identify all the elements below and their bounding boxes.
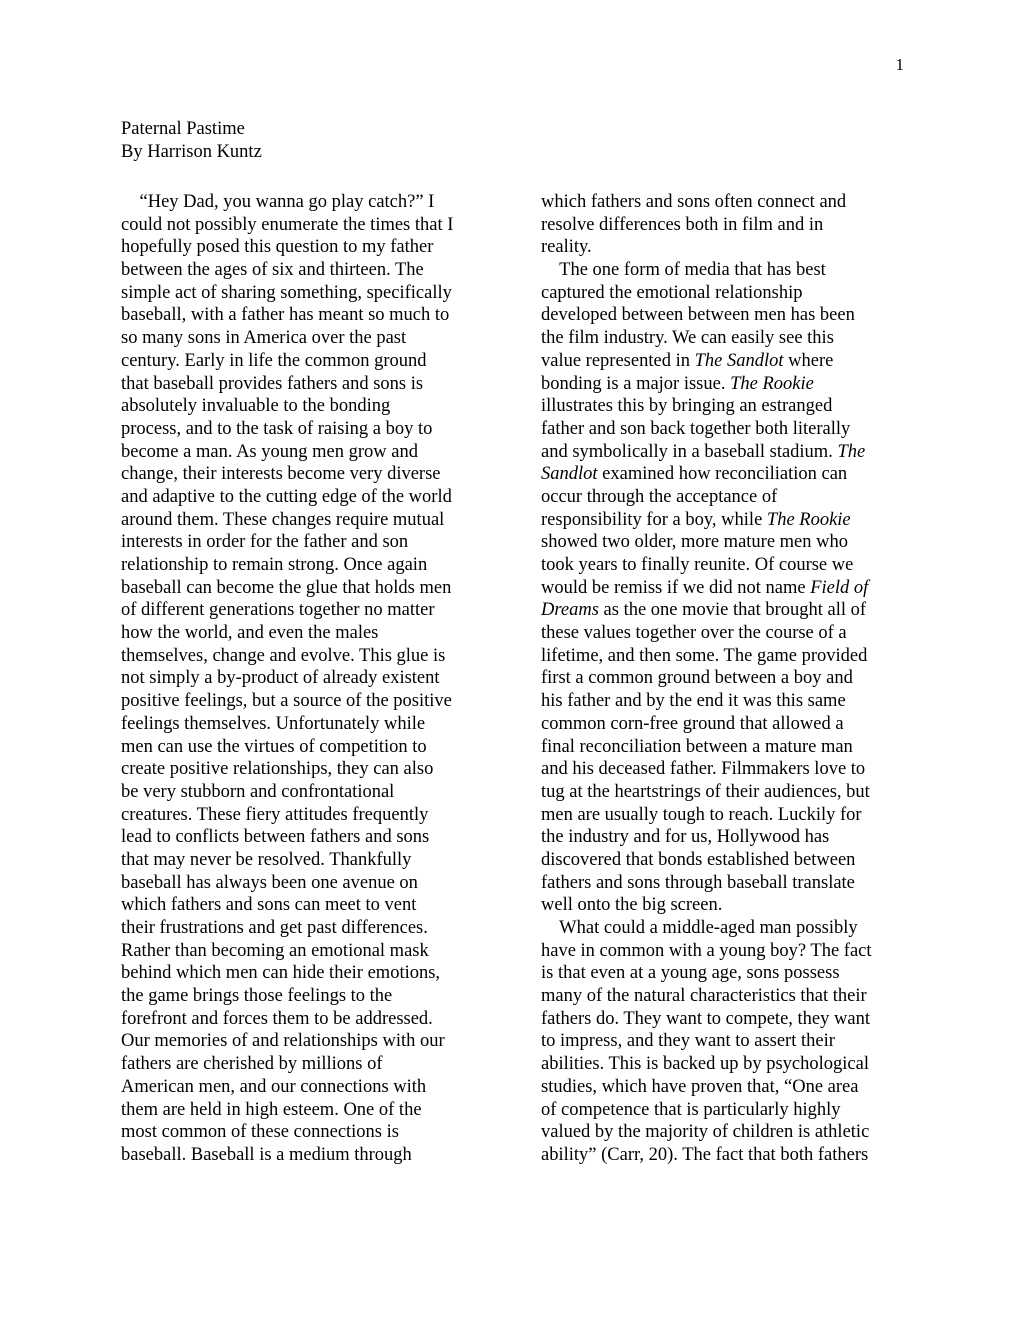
text-line: The one form of media that has best	[541, 259, 940, 282]
text-line: ability” (Carr, 20). The fact that both …	[541, 1144, 940, 1167]
text-line: that baseball provides fathers and sons …	[121, 373, 520, 396]
text-line: studies, which have proven that, “One ar…	[541, 1076, 940, 1099]
text-line: have in common with a young boy? The fac…	[541, 940, 940, 963]
text-line: of competence that is particularly highl…	[541, 1099, 940, 1122]
text-line: Dreams as the one movie that brought all…	[541, 599, 940, 622]
text-line: “Hey Dad, you wanna go play catch?” I	[121, 191, 520, 214]
text-line: forefront and forces them to be addresse…	[121, 1008, 520, 1031]
text-line: resolve differences both in film and in	[541, 214, 940, 237]
text-line: interests in order for the father and so…	[121, 531, 520, 554]
text-line: reality.	[541, 236, 940, 259]
text-line: absolutely invaluable to the bonding	[121, 395, 520, 418]
text-line: of different generations together no mat…	[121, 599, 520, 622]
text-line: create positive relationships, they can …	[121, 758, 520, 781]
text-line: relationship to remain strong. Once agai…	[121, 554, 520, 577]
text-line: value represented in The Sandlot where	[541, 350, 940, 373]
text-line: fathers are cherished by millions of	[121, 1053, 520, 1076]
text-line: baseball, with a father has meant so muc…	[121, 304, 520, 327]
text-line: which fathers and sons can meet to vent	[121, 894, 520, 917]
text-line: baseball can become the glue that holds …	[121, 577, 520, 600]
text-line: tug at the heartstrings of their audienc…	[541, 781, 940, 804]
text-line: and adaptive to the cutting edge of the …	[121, 486, 520, 509]
text-line: feelings themselves. Unfortunately while	[121, 713, 520, 736]
column-left: “Hey Dad, you wanna go play catch?” Icou…	[121, 191, 520, 1167]
text-line: Our memories of and relationships with o…	[121, 1030, 520, 1053]
text-line: baseball has always been one avenue on	[121, 872, 520, 895]
text-line: bonding is a major issue. The Rookie	[541, 373, 940, 396]
page: 1 Paternal Pastime By Harrison Kuntz “He…	[0, 0, 1020, 1320]
text-line: showed two older, more mature men who	[541, 531, 940, 554]
text-line: took years to finally reunite. Of course…	[541, 554, 940, 577]
text-line: behind which men can hide their emotions…	[121, 962, 520, 985]
text-line: between the ages of six and thirteen. Th…	[121, 259, 520, 282]
text-line: the industry and for us, Hollywood has	[541, 826, 940, 849]
text-line: would be remiss if we did not name Field…	[541, 577, 940, 600]
page-number: 1	[896, 55, 905, 75]
text-line: not simply a by-product of already exist…	[121, 667, 520, 690]
text-line: men can use the virtues of competition t…	[121, 736, 520, 759]
text-line: American men, and our connections with	[121, 1076, 520, 1099]
text-line: abilities. This is backed up by psycholo…	[541, 1053, 940, 1076]
byline: By Harrison Kuntz	[121, 141, 262, 164]
text-line: which fathers and sons often connect and	[541, 191, 940, 214]
text-line: them are held in high esteem. One of the	[121, 1099, 520, 1122]
text-line: and symbolically in a baseball stadium. …	[541, 441, 940, 464]
text-line: fathers do. They want to compete, they w…	[541, 1008, 940, 1031]
text-line: Sandlot examined how reconciliation can	[541, 463, 940, 486]
text-line: hopefully posed this question to my fath…	[121, 236, 520, 259]
text-line: the film industry. We can easily see thi…	[541, 327, 940, 350]
page-title: Paternal Pastime	[121, 118, 262, 141]
text-line: developed between between men has been	[541, 304, 940, 327]
text-line: Rather than becoming an emotional mask	[121, 940, 520, 963]
text-line: simple act of sharing something, specifi…	[121, 282, 520, 305]
text-line: could not possibly enumerate the times t…	[121, 214, 520, 237]
text-line: many of the natural characteristics that…	[541, 985, 940, 1008]
text-line: baseball. Baseball is a medium through	[121, 1144, 520, 1167]
text-line: creatures. These fiery attitudes frequen…	[121, 804, 520, 827]
text-line: around them. These changes require mutua…	[121, 509, 520, 532]
text-line: lifetime, and then some. The game provid…	[541, 645, 940, 668]
text-line: discovered that bonds established betwee…	[541, 849, 940, 872]
text-line: how the world, and even the males	[121, 622, 520, 645]
text-line: century. Early in life the common ground	[121, 350, 520, 373]
text-line: What could a middle-aged man possibly	[541, 917, 940, 940]
text-line: lead to conflicts between fathers and so…	[121, 826, 520, 849]
text-line: change, their interests become very dive…	[121, 463, 520, 486]
text-line: the game brings those feelings to the	[121, 985, 520, 1008]
article-body: “Hey Dad, you wanna go play catch?” Icou…	[121, 191, 940, 1167]
text-line: most common of these connections is	[121, 1121, 520, 1144]
text-line: fathers and sons through baseball transl…	[541, 872, 940, 895]
text-line: become a man. As young men grow and	[121, 441, 520, 464]
text-line: and his deceased father. Filmmakers love…	[541, 758, 940, 781]
text-line: so many sons in America over the past	[121, 327, 520, 350]
text-line: their frustrations and get past differen…	[121, 917, 520, 940]
text-line: father and son back together both litera…	[541, 418, 940, 441]
text-line: responsibility for a boy, while The Rook…	[541, 509, 940, 532]
text-line: to impress, and they want to assert thei…	[541, 1030, 940, 1053]
text-line: occur through the acceptance of	[541, 486, 940, 509]
text-line: illustrates this by bringing an estrange…	[541, 395, 940, 418]
title-block: Paternal Pastime By Harrison Kuntz	[121, 118, 262, 163]
text-line: well onto the big screen.	[541, 894, 940, 917]
text-line: final reconciliation between a mature ma…	[541, 736, 940, 759]
text-line: these values together over the course of…	[541, 622, 940, 645]
text-line: is that even at a young age, sons posses…	[541, 962, 940, 985]
text-line: first a common ground between a boy and	[541, 667, 940, 690]
text-line: positive feelings, but a source of the p…	[121, 690, 520, 713]
text-line: captured the emotional relationship	[541, 282, 940, 305]
text-line: his father and by the end it was this sa…	[541, 690, 940, 713]
text-line: that may never be resolved. Thankfully	[121, 849, 520, 872]
text-line: valued by the majority of children is at…	[541, 1121, 940, 1144]
text-line: men are usually tough to reach. Luckily …	[541, 804, 940, 827]
text-line: common corn-free ground that allowed a	[541, 713, 940, 736]
text-line: themselves, change and evolve. This glue…	[121, 645, 520, 668]
column-right: which fathers and sons often connect and…	[541, 191, 940, 1167]
text-line: process, and to the task of raising a bo…	[121, 418, 520, 441]
text-line: be very stubborn and confrontational	[121, 781, 520, 804]
document-page: { "page": { "number": "1" }, "header": {…	[0, 0, 1020, 1320]
